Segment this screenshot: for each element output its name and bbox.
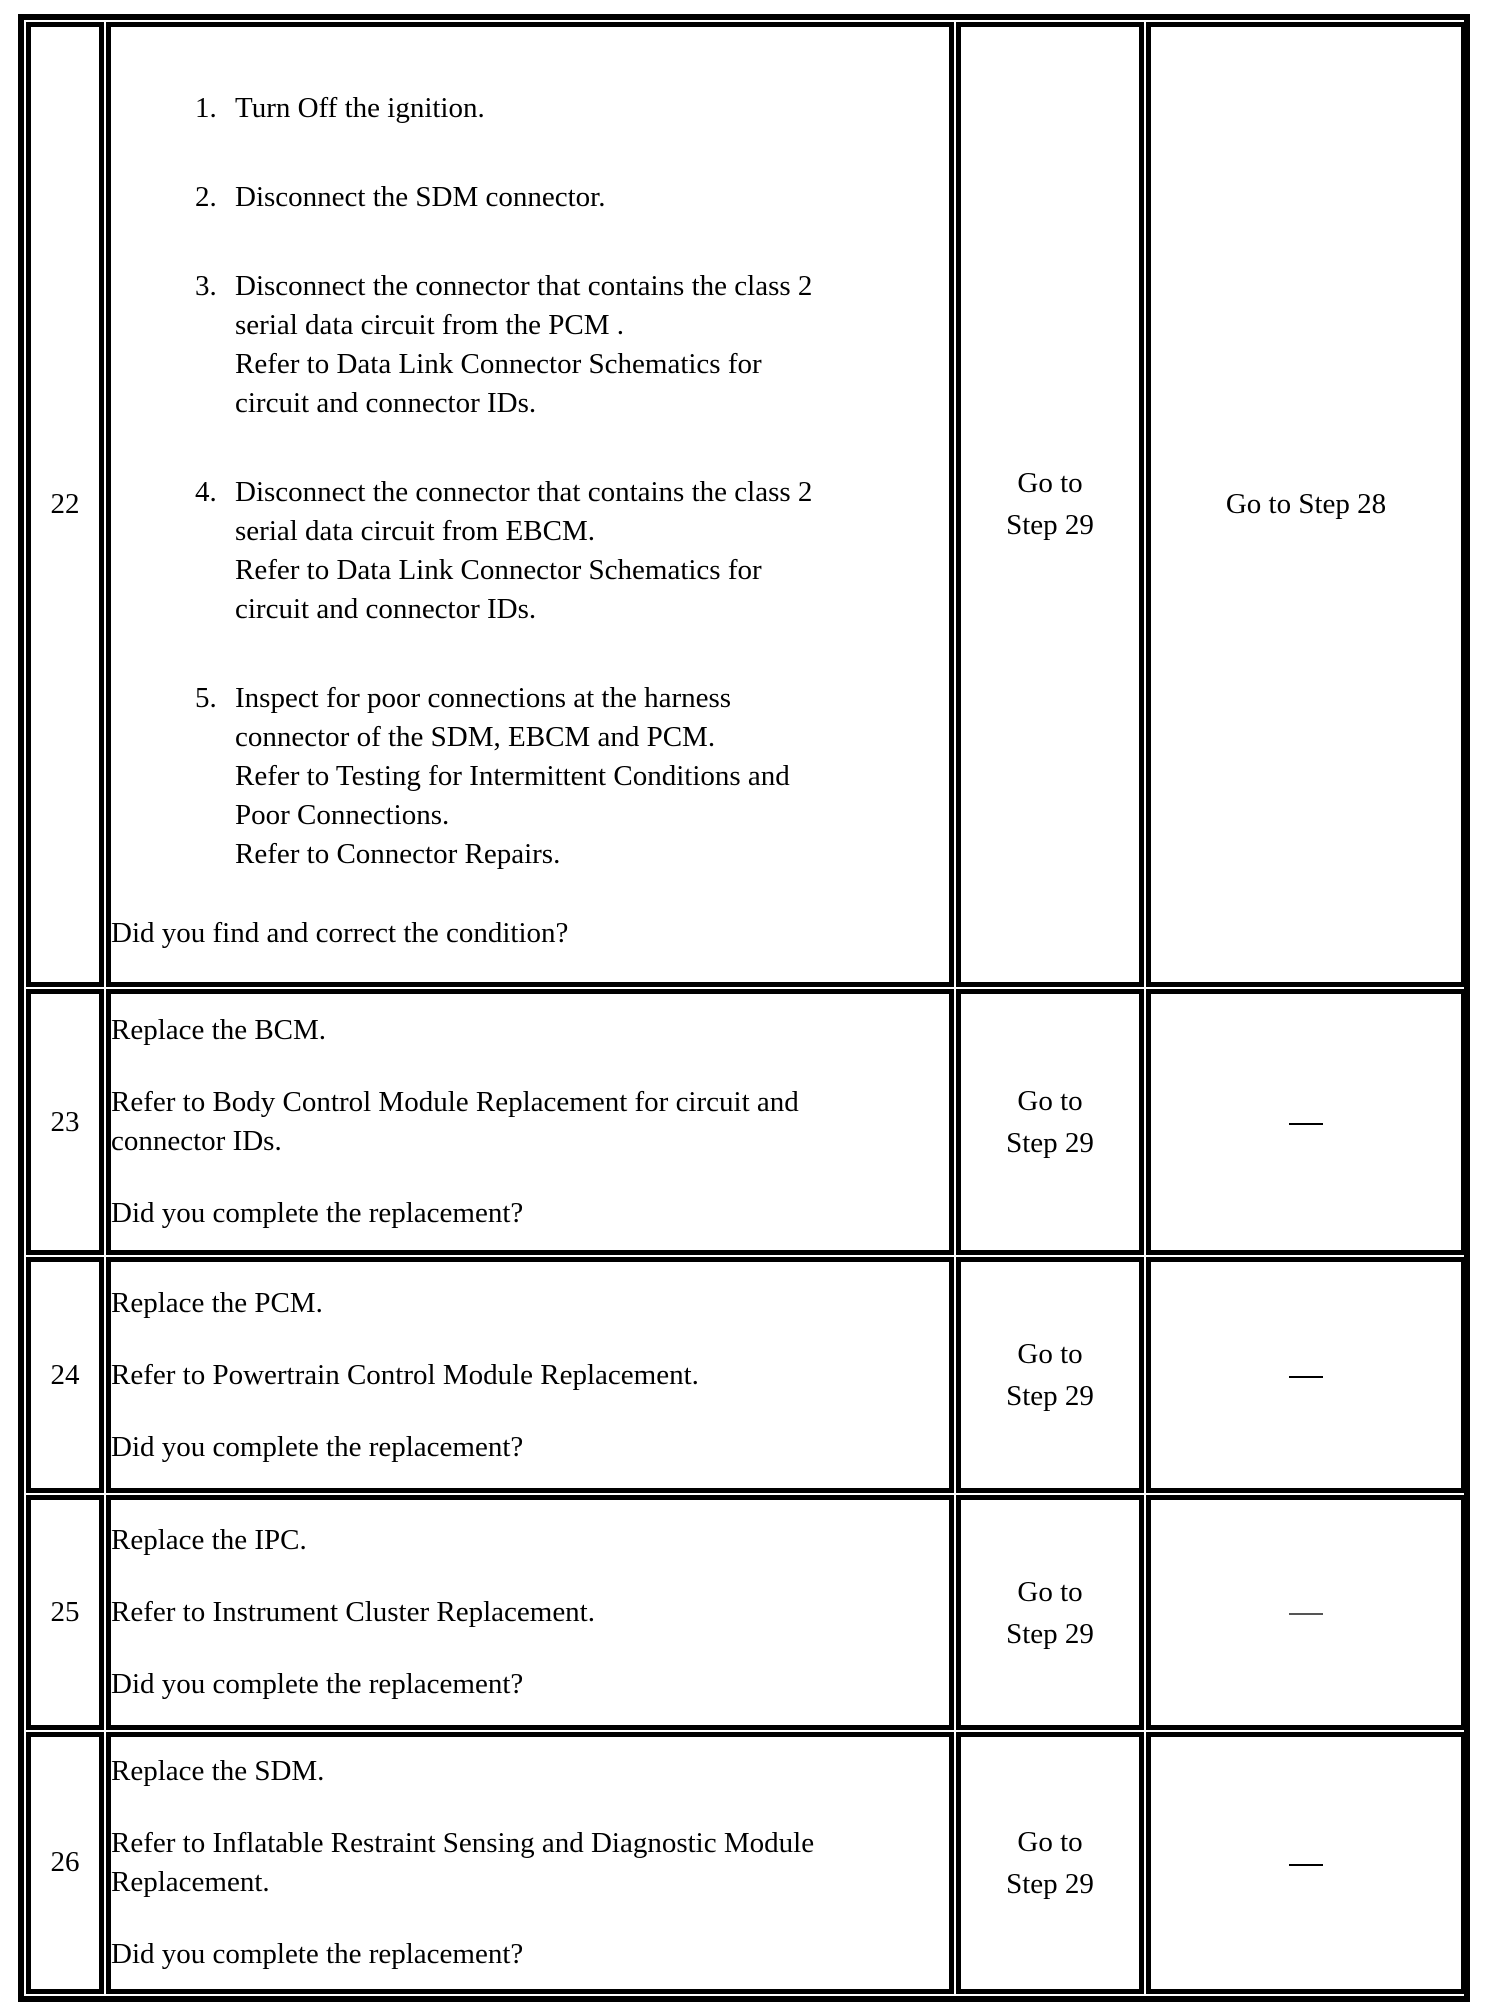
go-to-step-link[interactable]: Go to Step 29	[1006, 1333, 1094, 1417]
yes-cell: Go to Step 29	[956, 989, 1144, 1255]
go-to-step-link[interactable]: Go to Step 28	[1226, 488, 1386, 520]
table-row: 25 Replace the IPC. Refer to Instrument …	[26, 1495, 1466, 1729]
action-text: Replace the BCM.	[111, 1011, 949, 1050]
action-step: 1. Turn Off the ignition.	[111, 89, 949, 128]
reference-link[interactable]: Refer to Testing for Intermittent Condit…	[235, 757, 949, 796]
yes-label-line: Step 29	[1006, 1618, 1094, 1650]
action-step: 2. Disconnect the SDM connector.	[111, 178, 949, 217]
reference-link[interactable]: Refer to Inflatable Restraint Sensing an…	[111, 1824, 949, 1902]
go-to-step-link[interactable]: Go to Step 29	[1006, 1821, 1094, 1905]
step-text: serial data circuit from the PCM .	[235, 306, 949, 345]
action-text: Replace the PCM.	[111, 1284, 949, 1323]
go-to-step-link[interactable]: Go to Step 29	[1006, 462, 1094, 546]
step-number: 25	[26, 1495, 104, 1729]
diagnostic-table-frame: 22 1. Turn Off the ignition. 2. Disconne…	[18, 14, 1470, 2002]
table-row: 24 Replace the PCM. Refer to Powertrain …	[26, 1257, 1466, 1493]
go-to-step-link[interactable]: Go to Step 29	[1006, 1571, 1094, 1655]
not-applicable-dash	[1289, 1613, 1323, 1615]
reference-link[interactable]: Refer to Powertrain Control Module Repla…	[111, 1356, 949, 1395]
yes-label-line: Go to	[1017, 1576, 1082, 1608]
step-text: Disconnect the connector that contains t…	[235, 267, 949, 306]
step-question: Did you complete the replacement?	[111, 1194, 949, 1233]
step-number: 22	[26, 22, 104, 987]
action-block: Replace the BCM. Refer to Body Control M…	[111, 1011, 949, 1233]
reference-link[interactable]: Refer to Data Link Connector Schematics …	[235, 551, 949, 590]
action-cell: Replace the IPC. Refer to Instrument Clu…	[106, 1495, 954, 1729]
reference-link[interactable]: Refer to Data Link Connector Schematics …	[235, 345, 949, 384]
step-text: Poor Connections.	[235, 796, 949, 835]
table-row: 23 Replace the BCM. Refer to Body Contro…	[26, 989, 1466, 1255]
yes-label-line: Go to	[1017, 1085, 1082, 1117]
yes-label-line: Step 29	[1006, 509, 1094, 541]
step-text: circuit and connector IDs.	[235, 590, 949, 629]
reference-link[interactable]: Refer to Body Control Module Replacement…	[111, 1083, 949, 1161]
action-step: 4. Disconnect the connector that contain…	[111, 473, 949, 629]
yes-label-line: Step 29	[1006, 1127, 1094, 1159]
not-applicable-dash	[1289, 1864, 1323, 1866]
yes-label-line: Step 29	[1006, 1380, 1094, 1412]
step-text: circuit and connector IDs.	[235, 384, 949, 423]
yes-label-line: Step 29	[1006, 1868, 1094, 1900]
yes-label-line: Go to	[1017, 467, 1082, 499]
no-cell	[1146, 1732, 1466, 1994]
action-text: Replace the SDM.	[111, 1752, 949, 1791]
action-cell: Replace the BCM. Refer to Body Control M…	[106, 989, 954, 1255]
step-text: connector of the SDM, EBCM and PCM.	[235, 718, 949, 757]
no-cell: Go to Step 28	[1146, 22, 1466, 987]
step-index: 4.	[195, 473, 217, 512]
no-cell	[1146, 1495, 1466, 1729]
step-index: 2.	[195, 178, 217, 217]
action-cell: Replace the SDM. Refer to Inflatable Res…	[106, 1732, 954, 1994]
action-cell: 1. Turn Off the ignition. 2. Disconnect …	[106, 22, 954, 987]
action-cell: Replace the PCM. Refer to Powertrain Con…	[106, 1257, 954, 1493]
table-row: 26 Replace the SDM. Refer to Inflatable …	[26, 1732, 1466, 1994]
step-question: Did you complete the replacement?	[111, 1428, 949, 1467]
diagnostic-steps-table: 22 1. Turn Off the ignition. 2. Disconne…	[24, 20, 1468, 1996]
step-text: Disconnect the SDM connector.	[235, 178, 949, 217]
action-text: Replace the IPC.	[111, 1521, 949, 1560]
yes-label-line: Go to	[1017, 1826, 1082, 1858]
action-block: Replace the IPC. Refer to Instrument Clu…	[111, 1521, 949, 1704]
step-index: 5.	[195, 679, 217, 718]
step-number: 24	[26, 1257, 104, 1493]
step-number: 23	[26, 989, 104, 1255]
action-steps-list: 1. Turn Off the ignition. 2. Disconnect …	[111, 55, 949, 874]
step-question: Did you find and correct the condition?	[111, 914, 949, 953]
yes-label-line: Go to	[1017, 1338, 1082, 1370]
yes-cell: Go to Step 29	[956, 22, 1144, 987]
step-index: 1.	[195, 89, 217, 128]
action-step: 5. Inspect for poor connections at the h…	[111, 679, 949, 874]
no-cell	[1146, 1257, 1466, 1493]
reference-link[interactable]: Refer to Instrument Cluster Replacement.	[111, 1593, 949, 1632]
action-block: Replace the PCM. Refer to Powertrain Con…	[111, 1284, 949, 1467]
step-text: Disconnect the connector that contains t…	[235, 473, 949, 512]
not-applicable-dash	[1289, 1123, 1323, 1125]
yes-cell: Go to Step 29	[956, 1732, 1144, 1994]
table-row: 22 1. Turn Off the ignition. 2. Disconne…	[26, 22, 1466, 987]
step-question: Did you complete the replacement?	[111, 1935, 949, 1974]
step-number: 26	[26, 1732, 104, 1994]
action-step: 3. Disconnect the connector that contain…	[111, 267, 949, 423]
yes-cell: Go to Step 29	[956, 1495, 1144, 1729]
not-applicable-dash	[1289, 1376, 1323, 1378]
no-cell	[1146, 989, 1466, 1255]
step-question: Did you complete the replacement?	[111, 1665, 949, 1704]
reference-link[interactable]: Refer to Connector Repairs.	[235, 835, 949, 874]
step-text: Turn Off the ignition.	[235, 89, 949, 128]
yes-cell: Go to Step 29	[956, 1257, 1144, 1493]
step-text: serial data circuit from EBCM.	[235, 512, 949, 551]
step-index: 3.	[195, 267, 217, 306]
action-block: Replace the SDM. Refer to Inflatable Res…	[111, 1752, 949, 1974]
go-to-step-link[interactable]: Go to Step 29	[1006, 1080, 1094, 1164]
step-text: Inspect for poor connections at the harn…	[235, 679, 949, 718]
